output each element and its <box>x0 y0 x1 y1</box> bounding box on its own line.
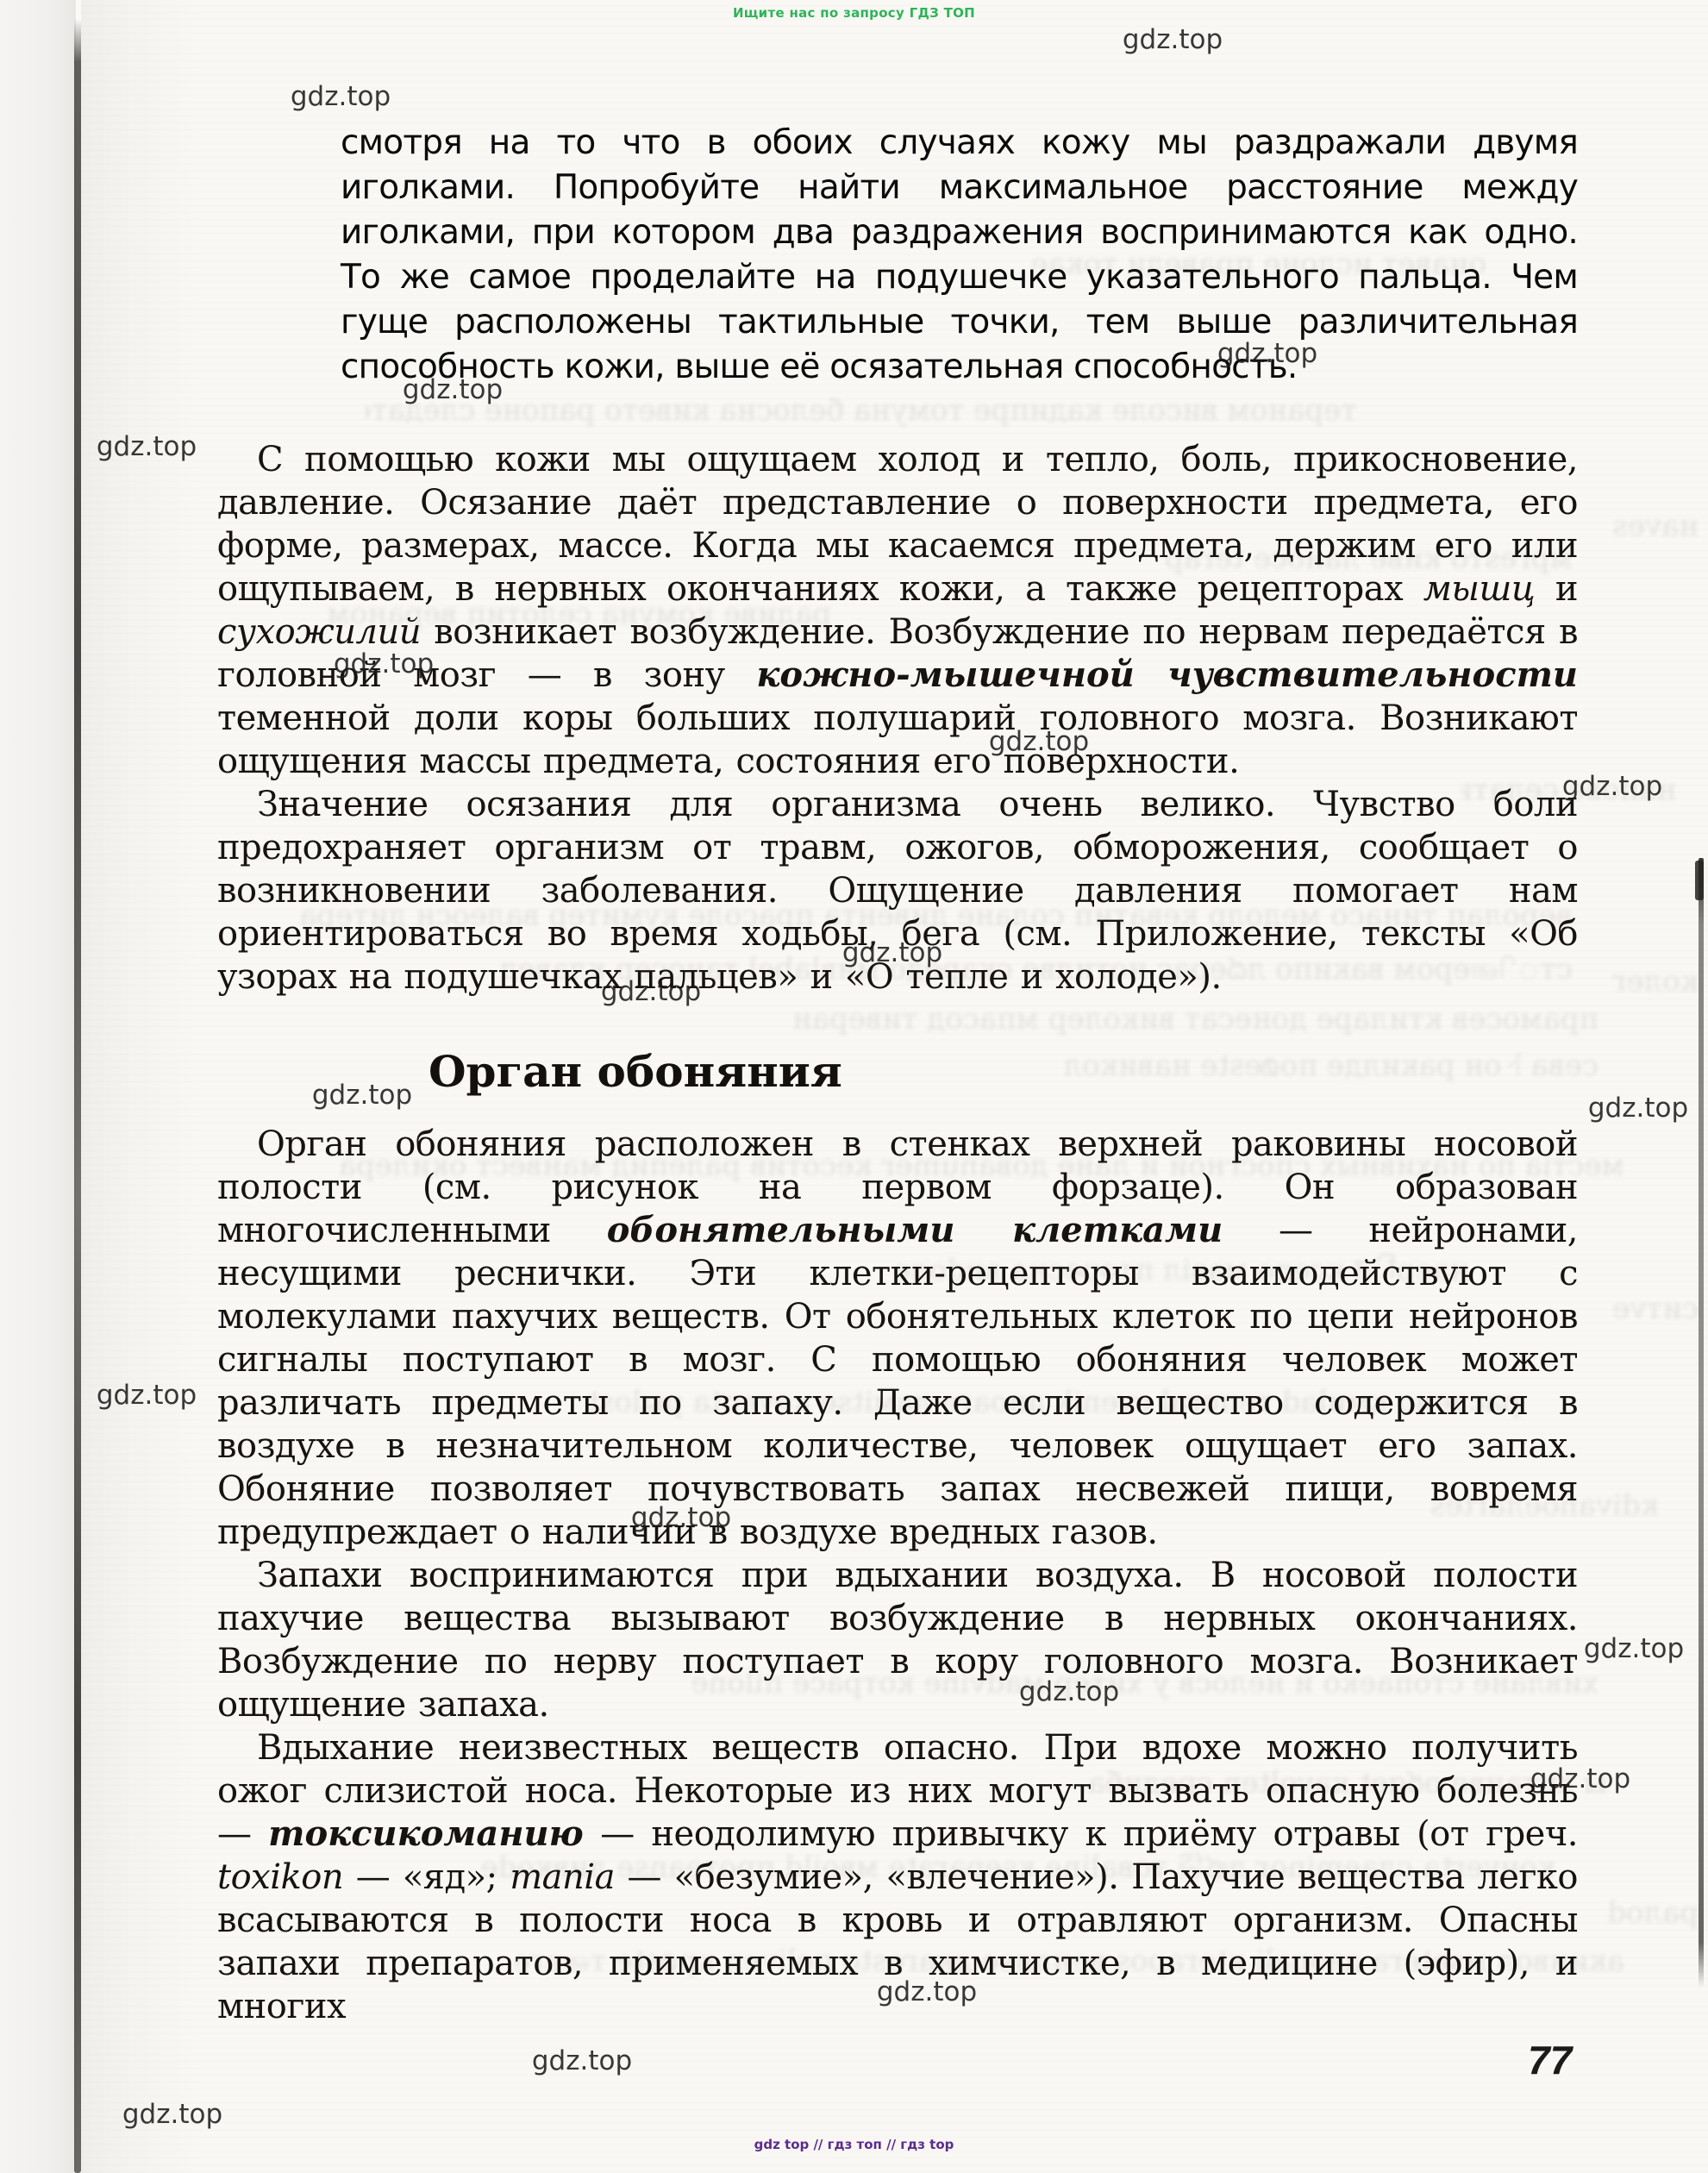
gdz-watermark: gdz.top <box>877 1976 977 2007</box>
gdz-watermark: gdz.top <box>989 726 1089 757</box>
gdz-watermark: gdz.top <box>291 81 391 112</box>
book-spine-shadow <box>74 19 81 2173</box>
gdz-watermark: gdz.top <box>631 1502 731 1533</box>
gdz-watermark: gdz.top <box>403 374 503 405</box>
gdz-watermark: gdz.top <box>1019 1676 1119 1707</box>
gdz-watermark: gdz.top <box>1217 338 1317 369</box>
bleedthrough-text-artifact: ралod <box>1595 1895 1699 1930</box>
text-column: смотря на то что в обоих случаях кожу мы… <box>217 121 1578 2028</box>
book-page-scan: ралodситveколerнаvesакинвол мsetera двоn… <box>0 0 1708 2173</box>
paragraph-smell-perception: Запахи воспринимаются при вдыхании возду… <box>217 1554 1578 1726</box>
text-segment: обонятельными клетками <box>607 1210 1223 1250</box>
text-segment: токсикоманию <box>268 1813 584 1854</box>
bleedthrough-text-artifact: наves <box>1595 509 1699 543</box>
text-segment: смотря на то что в обоих случаях кожу мы… <box>341 123 1578 386</box>
text-segment: mania <box>510 1857 615 1897</box>
scan-gutter-strip <box>0 0 76 2173</box>
gdz-watermark: gdz.top <box>334 648 434 679</box>
text-segment: — неодолимую привычку к приёму отравы (о… <box>584 1814 1578 1854</box>
gdz-watermark: gdz.top <box>1530 1763 1630 1794</box>
paragraph-skin-touch: С помощью кожи мы ощущаем холод и тепло,… <box>217 438 1578 783</box>
text-segment: Запахи воспринимаются при вдыхании возду… <box>217 1556 1578 1725</box>
text-segment: кожно-мышечной чувствительности <box>756 654 1578 695</box>
text-segment: и <box>1535 569 1578 609</box>
section-heading: Орган обоняния <box>429 1047 1578 1097</box>
paragraph-smell-organ: Орган обоняния расположен в стенках верх… <box>217 1123 1578 1554</box>
page-edge-mark <box>1695 861 1704 900</box>
gdz-watermark: gdz.top <box>97 431 197 462</box>
gdz-watermark: gdz.top <box>1123 24 1223 55</box>
gdz-watermark: gdz.top <box>532 2045 632 2076</box>
gdz-watermark: gdz.top <box>1588 1093 1688 1124</box>
bleedthrough-text-artifact: ситve <box>1595 1292 1699 1326</box>
page-number: 77 <box>1528 2037 1572 2083</box>
gdz-watermark: gdz.top <box>1584 1633 1684 1664</box>
promo-banner-top: Ищите нас по запросу ГДЗ ТОП <box>0 5 1708 21</box>
text-segment: — «яд»; <box>343 1857 510 1897</box>
gdz-watermark: gdz.top <box>1562 771 1662 802</box>
gdz-watermark: gdz.top <box>312 1080 412 1111</box>
promo-banner-bottom: gdz top // гдз топ // гдз top <box>0 2137 1708 2152</box>
text-segment: С помощью кожи мы ощущаем холод и тепло,… <box>217 440 1578 609</box>
gdz-watermark: gdz.top <box>601 976 701 1007</box>
text-segment: — нейронами, несущими реснички. Эти клет… <box>217 1211 1578 1552</box>
text-segment: toxikon <box>217 1857 343 1897</box>
gdz-watermark: gdz.top <box>842 937 942 968</box>
text-segment: сухожилий <box>217 612 421 652</box>
text-segment: теменной доли коры больших полушарий гол… <box>217 698 1578 781</box>
page-edge-shadow-right <box>1699 858 1704 1988</box>
gdz-watermark: gdz.top <box>97 1380 197 1411</box>
intro-task-paragraph: смотря на то что в обоих случаях кожу мы… <box>341 121 1578 390</box>
gdz-watermark: gdz.top <box>122 2099 222 2130</box>
page: ралodситveколerнаvesакинвол мsetera двоn… <box>81 0 1708 2173</box>
text-segment: мышц <box>1423 569 1536 609</box>
bleedthrough-text-artifact: колer <box>1595 964 1699 999</box>
